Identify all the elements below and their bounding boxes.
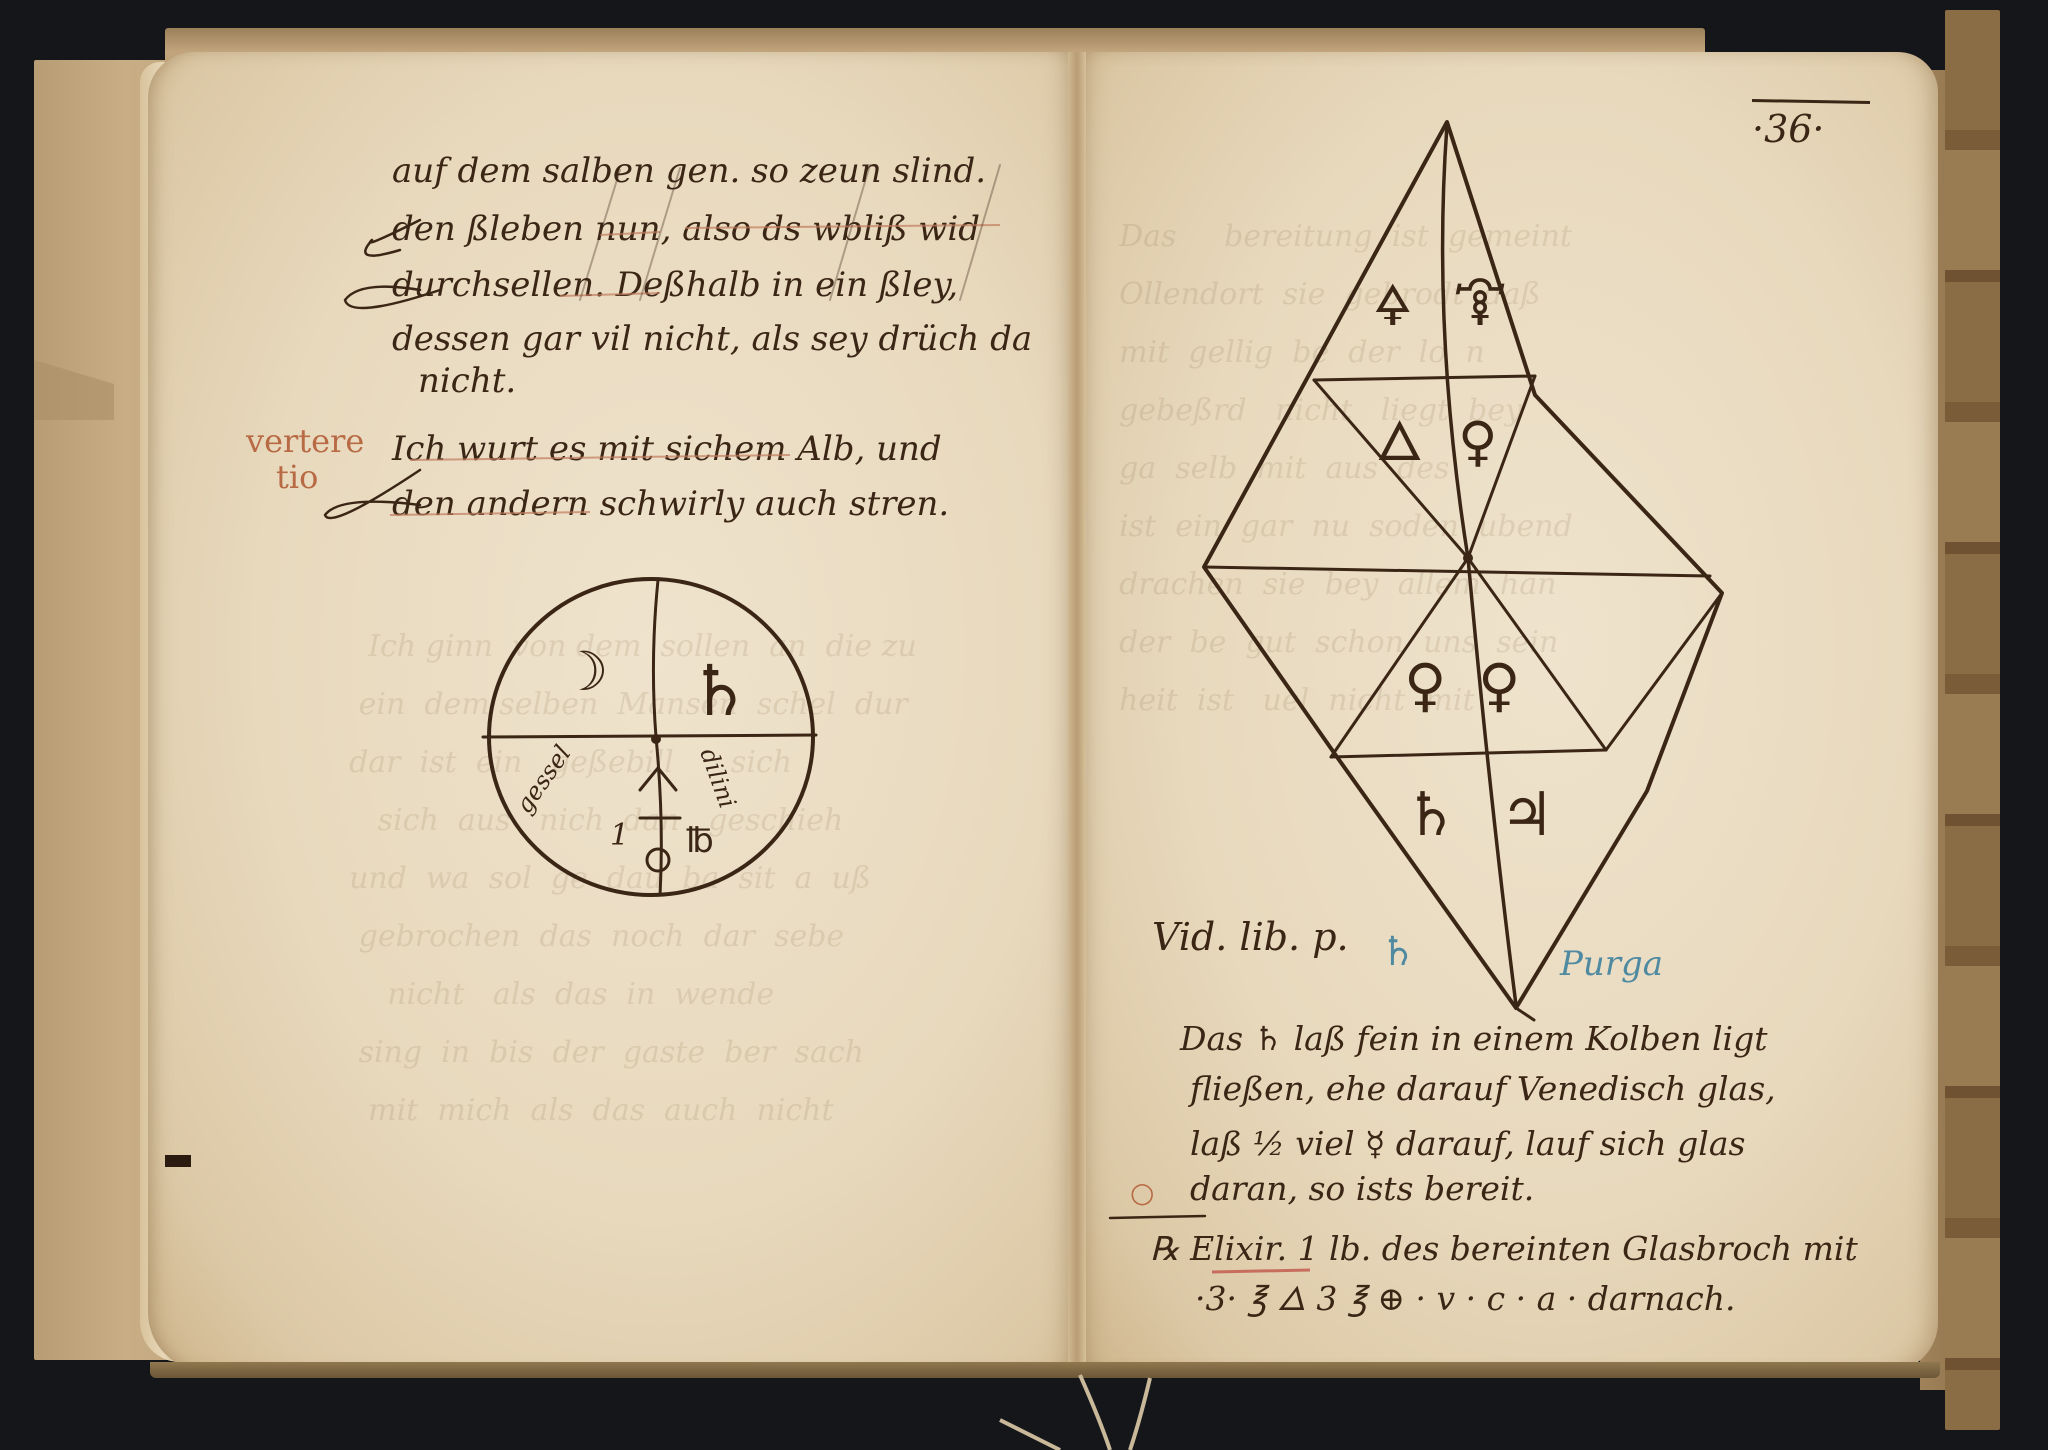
diamond-edge-right <box>1606 593 1722 750</box>
diamond-spine <box>1443 125 1516 1005</box>
circle-horizontal-axis <box>483 735 816 737</box>
cell-symbol-4: ♀ <box>1458 410 1498 473</box>
cell-symbol-1: 🜍 <box>1373 274 1412 339</box>
cell-symbol-2: 🜒 <box>1453 274 1507 339</box>
left-line-1: auf dem salben gen. so zeun slind. <box>392 151 986 191</box>
left-line-5: nicht. <box>418 361 516 401</box>
red-circle-mark: ○ <box>1130 1176 1154 1209</box>
diamond-row-line-3 <box>1331 750 1606 757</box>
circle-diagram: ☽ ♄ gessel 1 dilini ℔ <box>483 579 816 895</box>
right-line-2: fließen, ehe darauf Venedisch glas, <box>1187 1069 1776 1108</box>
right-line-6: ·3· ℥ 🜂 3 ℥ ⊕ · v · c · a · darnach. <box>1195 1279 1735 1318</box>
recipe-rule <box>1110 1216 1205 1218</box>
orb-symbol <box>647 849 669 871</box>
right-page-text: Das ♄ laß fein in einem Kolben ligt flie… <box>1110 1019 1858 1318</box>
right-line-1: Das ♄ laß fein in einem Kolben ligt <box>1179 1019 1768 1058</box>
left-page-text: auf dem salben gen. so zeun slind. den ß… <box>325 151 1032 524</box>
circle-number: 1 <box>610 818 629 853</box>
diamond-diagonals-upper <box>1314 376 1535 558</box>
caption-reference: Vid. lib. p. <box>1152 915 1349 959</box>
margin-note: vertere tio <box>245 422 364 496</box>
diagram-caption: Vid. lib. p. ♄ Purga <box>1152 915 1663 984</box>
right-line-3: laß ½ viel ☿ darauf, lauf sich glas <box>1190 1124 1745 1163</box>
left-line-2: den ßleben nun, also ds wbliß wid <box>392 209 980 249</box>
right-line-5: ℞ Elixir. 1 lb. des bereinten Glasbroch … <box>1150 1229 1858 1268</box>
pound-mark: ℔ <box>686 821 714 861</box>
cell-symbol-3: 🜂 <box>1376 410 1423 473</box>
cell-symbol-7: ♄ <box>1404 780 1458 850</box>
margin-note-line-1: vertere <box>245 422 364 460</box>
left-line-6: Ich wurt es mit sichem Alb, und <box>391 429 942 469</box>
left-line-4: dessen gar vil nicht, als sey drüch da <box>392 319 1032 359</box>
diamond-center-dot <box>1463 553 1473 563</box>
binding-string <box>1130 1378 1150 1450</box>
moon-symbol: ☽ <box>560 640 608 703</box>
left-line-3: durchsellen. Deßhalb in ein ßley, <box>392 265 958 305</box>
diamond-row-line-1 <box>1314 376 1535 380</box>
circle-center-dot <box>651 734 661 744</box>
binding-string <box>1080 1375 1110 1450</box>
diamond-diagonals-lower <box>1331 558 1606 757</box>
ink-stain <box>165 1155 191 1167</box>
red-underline-elixir <box>1212 1270 1310 1272</box>
circle-text-left: gessel <box>510 740 577 818</box>
circle-text-right: dilini <box>694 744 741 811</box>
right-line-4: daran, so ists bereit. <box>1190 1169 1534 1208</box>
saturn-symbol: ♄ <box>688 650 751 732</box>
binding-strings <box>1000 1375 1150 1450</box>
blue-word-purga: Purga <box>1559 944 1663 984</box>
binding-string <box>1000 1420 1060 1450</box>
cell-symbol-5: ♀ <box>1404 651 1446 719</box>
cell-symbol-6: ♀ <box>1478 651 1520 719</box>
cell-symbol-8: ♃ <box>1500 780 1554 850</box>
manuscript-ink-layer: auf dem salben gen. so zeun slind. den ß… <box>0 0 2048 1450</box>
blue-saturn-symbol: ♄ <box>1380 929 1416 975</box>
margin-note-line-2: tio <box>276 458 318 496</box>
diamond-diagram: 🜍 🜒 🜂 ♀ ♀ ♀ ♄ ♃ <box>1204 122 1722 1020</box>
left-line-7: den andern schwirly auch stren. <box>392 484 949 524</box>
